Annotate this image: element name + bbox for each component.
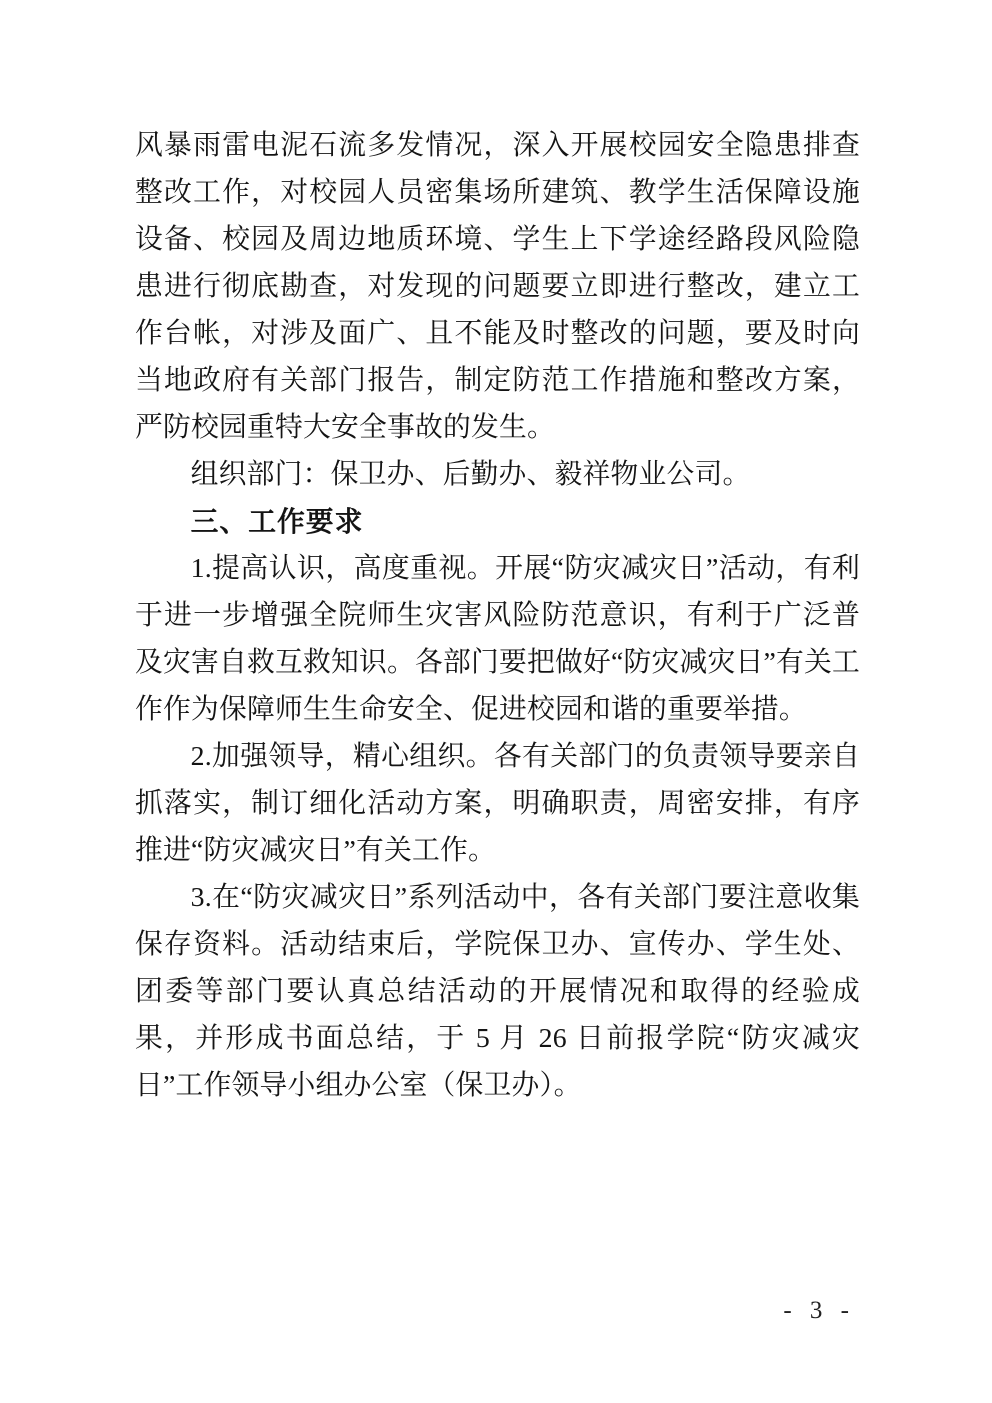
paragraph-continuation: 风暴雨雷电泥石流多发情况，深入开展校园安全隐患排查整改工作，对校园人员密集场所建…	[135, 122, 860, 451]
document-body: 风暴雨雷电泥石流多发情况，深入开展校园安全隐患排查整改工作，对校园人员密集场所建…	[135, 122, 860, 1109]
page-number: - 3 -	[783, 1297, 855, 1325]
paragraph-organizing-departments: 组织部门：保卫办、后勤办、毅祥物业公司。	[135, 451, 860, 498]
document-page: 风暴雨雷电泥石流多发情况，深入开展校园安全隐患排查整改工作，对校园人员密集场所建…	[0, 0, 992, 1403]
paragraph-item-3: 3.在“防灾减灾日”系列活动中，各有关部门要注意收集保存资料。活动结束后，学院保…	[135, 874, 860, 1109]
paragraph-item-2: 2.加强领导，精心组织。各有关部门的负责领导要亲自抓落实，制订细化活动方案，明确…	[135, 733, 860, 874]
paragraph-item-1: 1.提高认识，高度重视。开展“防灾减灾日”活动，有利于进一步增强全院师生灾害风险…	[135, 545, 860, 733]
section-heading-work-requirements: 三、工作要求	[135, 498, 860, 545]
